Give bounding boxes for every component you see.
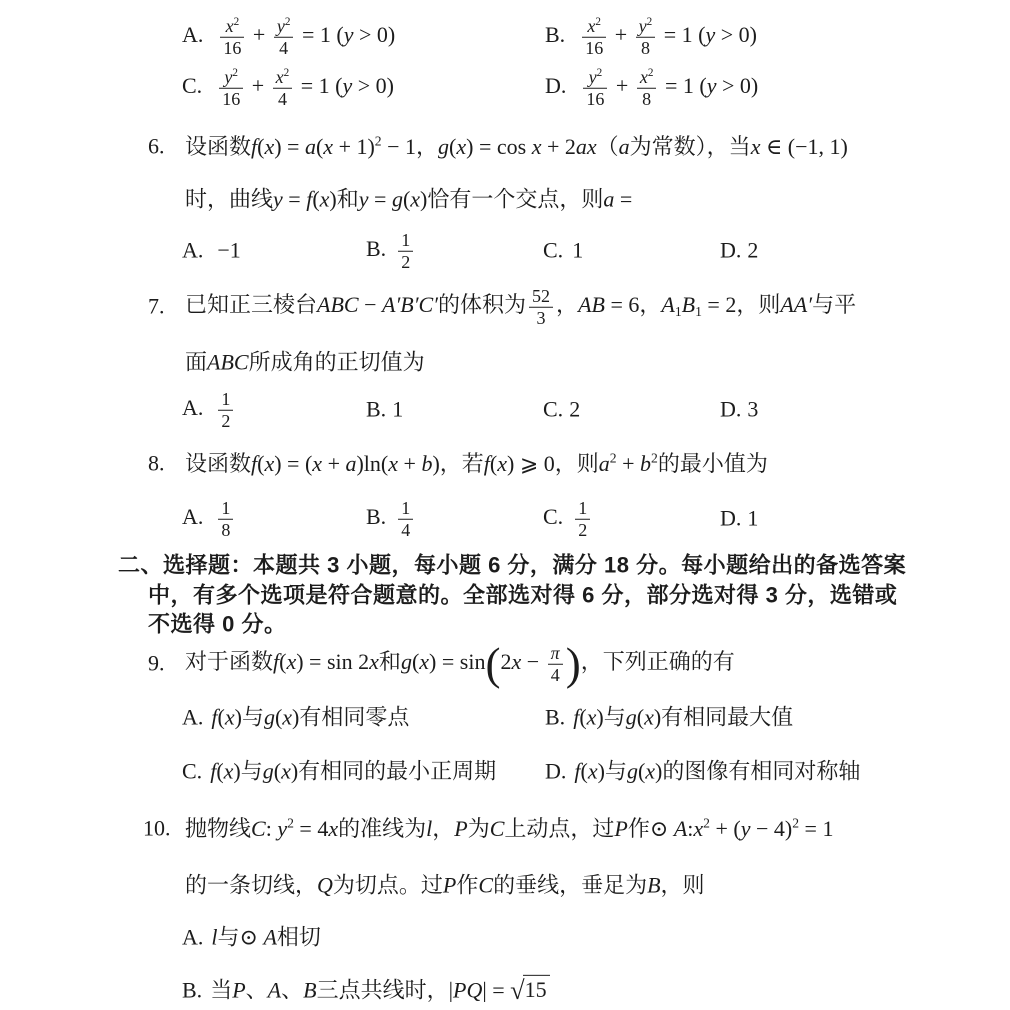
fraction: 14: [398, 498, 413, 541]
fraction: π4: [548, 643, 563, 686]
q6-stem-text-2: 时，曲线y = f(x)和y = g(x)恰有一个交点，则a =: [185, 186, 632, 215]
q9-option-d: D.f(x)与g(x)的图像有相同对称轴: [545, 758, 860, 787]
q9-option-b: B.f(x)与g(x)有相同最大值: [545, 704, 793, 733]
fraction: y216: [583, 67, 607, 110]
q6-number: 6.: [148, 133, 165, 162]
q8-option-c: C.12: [543, 498, 593, 541]
q7-stem-text-1: 已知正三棱台ABC − A′B′C′的体积为523，AB = 6，A1B1 = …: [185, 286, 856, 329]
fraction: 523: [529, 286, 553, 329]
q10-number: 10.: [143, 815, 171, 844]
q9-number: 9.: [148, 650, 165, 679]
q6-option-a: A.−1: [182, 237, 241, 266]
square-root: √15: [510, 977, 549, 1002]
fraction: y216: [219, 67, 243, 110]
q6-option-d: D.2: [720, 237, 758, 266]
fraction: x24: [273, 67, 293, 110]
q9-stem-text: 对于函数f(x) = sin 2x和g(x) = sin(2x − π4)，下列…: [185, 643, 735, 686]
q9-option-c: C.f(x)与g(x)有相同的最小正周期: [182, 758, 496, 787]
q10-stem-text-2: 的一条切线，Q为切点。过P作C的垂线，垂足为B，则: [185, 872, 705, 901]
section-2-text-1: 二、选择题：本题共 3 小题，每小题 6 分，满分 18 分。每小题给出的备选答…: [118, 552, 906, 581]
q6-option-b: B.12: [366, 230, 416, 273]
q7-option-b: B.1: [366, 396, 403, 425]
q6-option-c: C.1: [543, 237, 583, 266]
fraction: y28: [636, 16, 656, 59]
q8-number: 8.: [148, 450, 165, 479]
fraction: 12: [398, 230, 413, 273]
fraction: x28: [637, 67, 657, 110]
q9-option-a: A.f(x)与g(x)有相同零点: [182, 704, 409, 733]
section-2-text-2: 中，有多个选项是符合题意的。全部选对得 6 分，部分选对得 3 分，选错或: [148, 582, 897, 611]
fraction: 12: [575, 498, 590, 541]
fraction: y24: [274, 16, 294, 59]
section-2-text-3: 不选得 0 分。: [148, 611, 286, 640]
q10-option-a-text: A.l与⊙ A相切: [182, 924, 321, 953]
fraction: 12: [218, 389, 233, 432]
fraction: 18: [218, 498, 233, 541]
q10-option-b-text: B.当P、A、B三点共线时，|PQ| = √15: [182, 973, 550, 1007]
q7-option-d: D.3: [720, 396, 758, 425]
q5-option-a: A.x216 + y24 = 1 (y > 0): [182, 16, 395, 59]
q5-option-d: D.y216 + x28 = 1 (y > 0): [545, 67, 758, 110]
q8-option-d: D.1: [720, 505, 758, 534]
q5-option-c: C.y216 + x24 = 1 (y > 0): [182, 67, 394, 110]
q7-number: 7.: [148, 293, 165, 322]
q8-option-b: B.14: [366, 498, 416, 541]
fraction: x216: [220, 16, 244, 59]
q10-stem-text-1: 抛物线C: y2 = 4x的准线为l，P为C上动点，过P作⊙ A:x2 + (y…: [185, 814, 833, 843]
q6-stem-text-1: 设函数f(x) = a(x + 1)2 − 1，g(x) = cos x + 2…: [185, 132, 848, 161]
q5-option-b: B.x216 + y28 = 1 (y > 0): [545, 16, 757, 59]
q8-option-a: A.18: [182, 498, 236, 541]
q7-option-a: A.12: [182, 389, 236, 432]
q7-option-c: C.2: [543, 396, 580, 425]
fraction: x216: [582, 16, 606, 59]
exam-page: A.x216 + y24 = 1 (y > 0)B.x216 + y28 = 1…: [0, 0, 1010, 1010]
q8-stem-text: 设函数f(x) = (x + a)ln(x + b)，若f(x) ⩾ 0，则a2…: [185, 449, 768, 478]
q7-stem-text-2: 面ABC所成角的正切值为: [185, 349, 425, 378]
